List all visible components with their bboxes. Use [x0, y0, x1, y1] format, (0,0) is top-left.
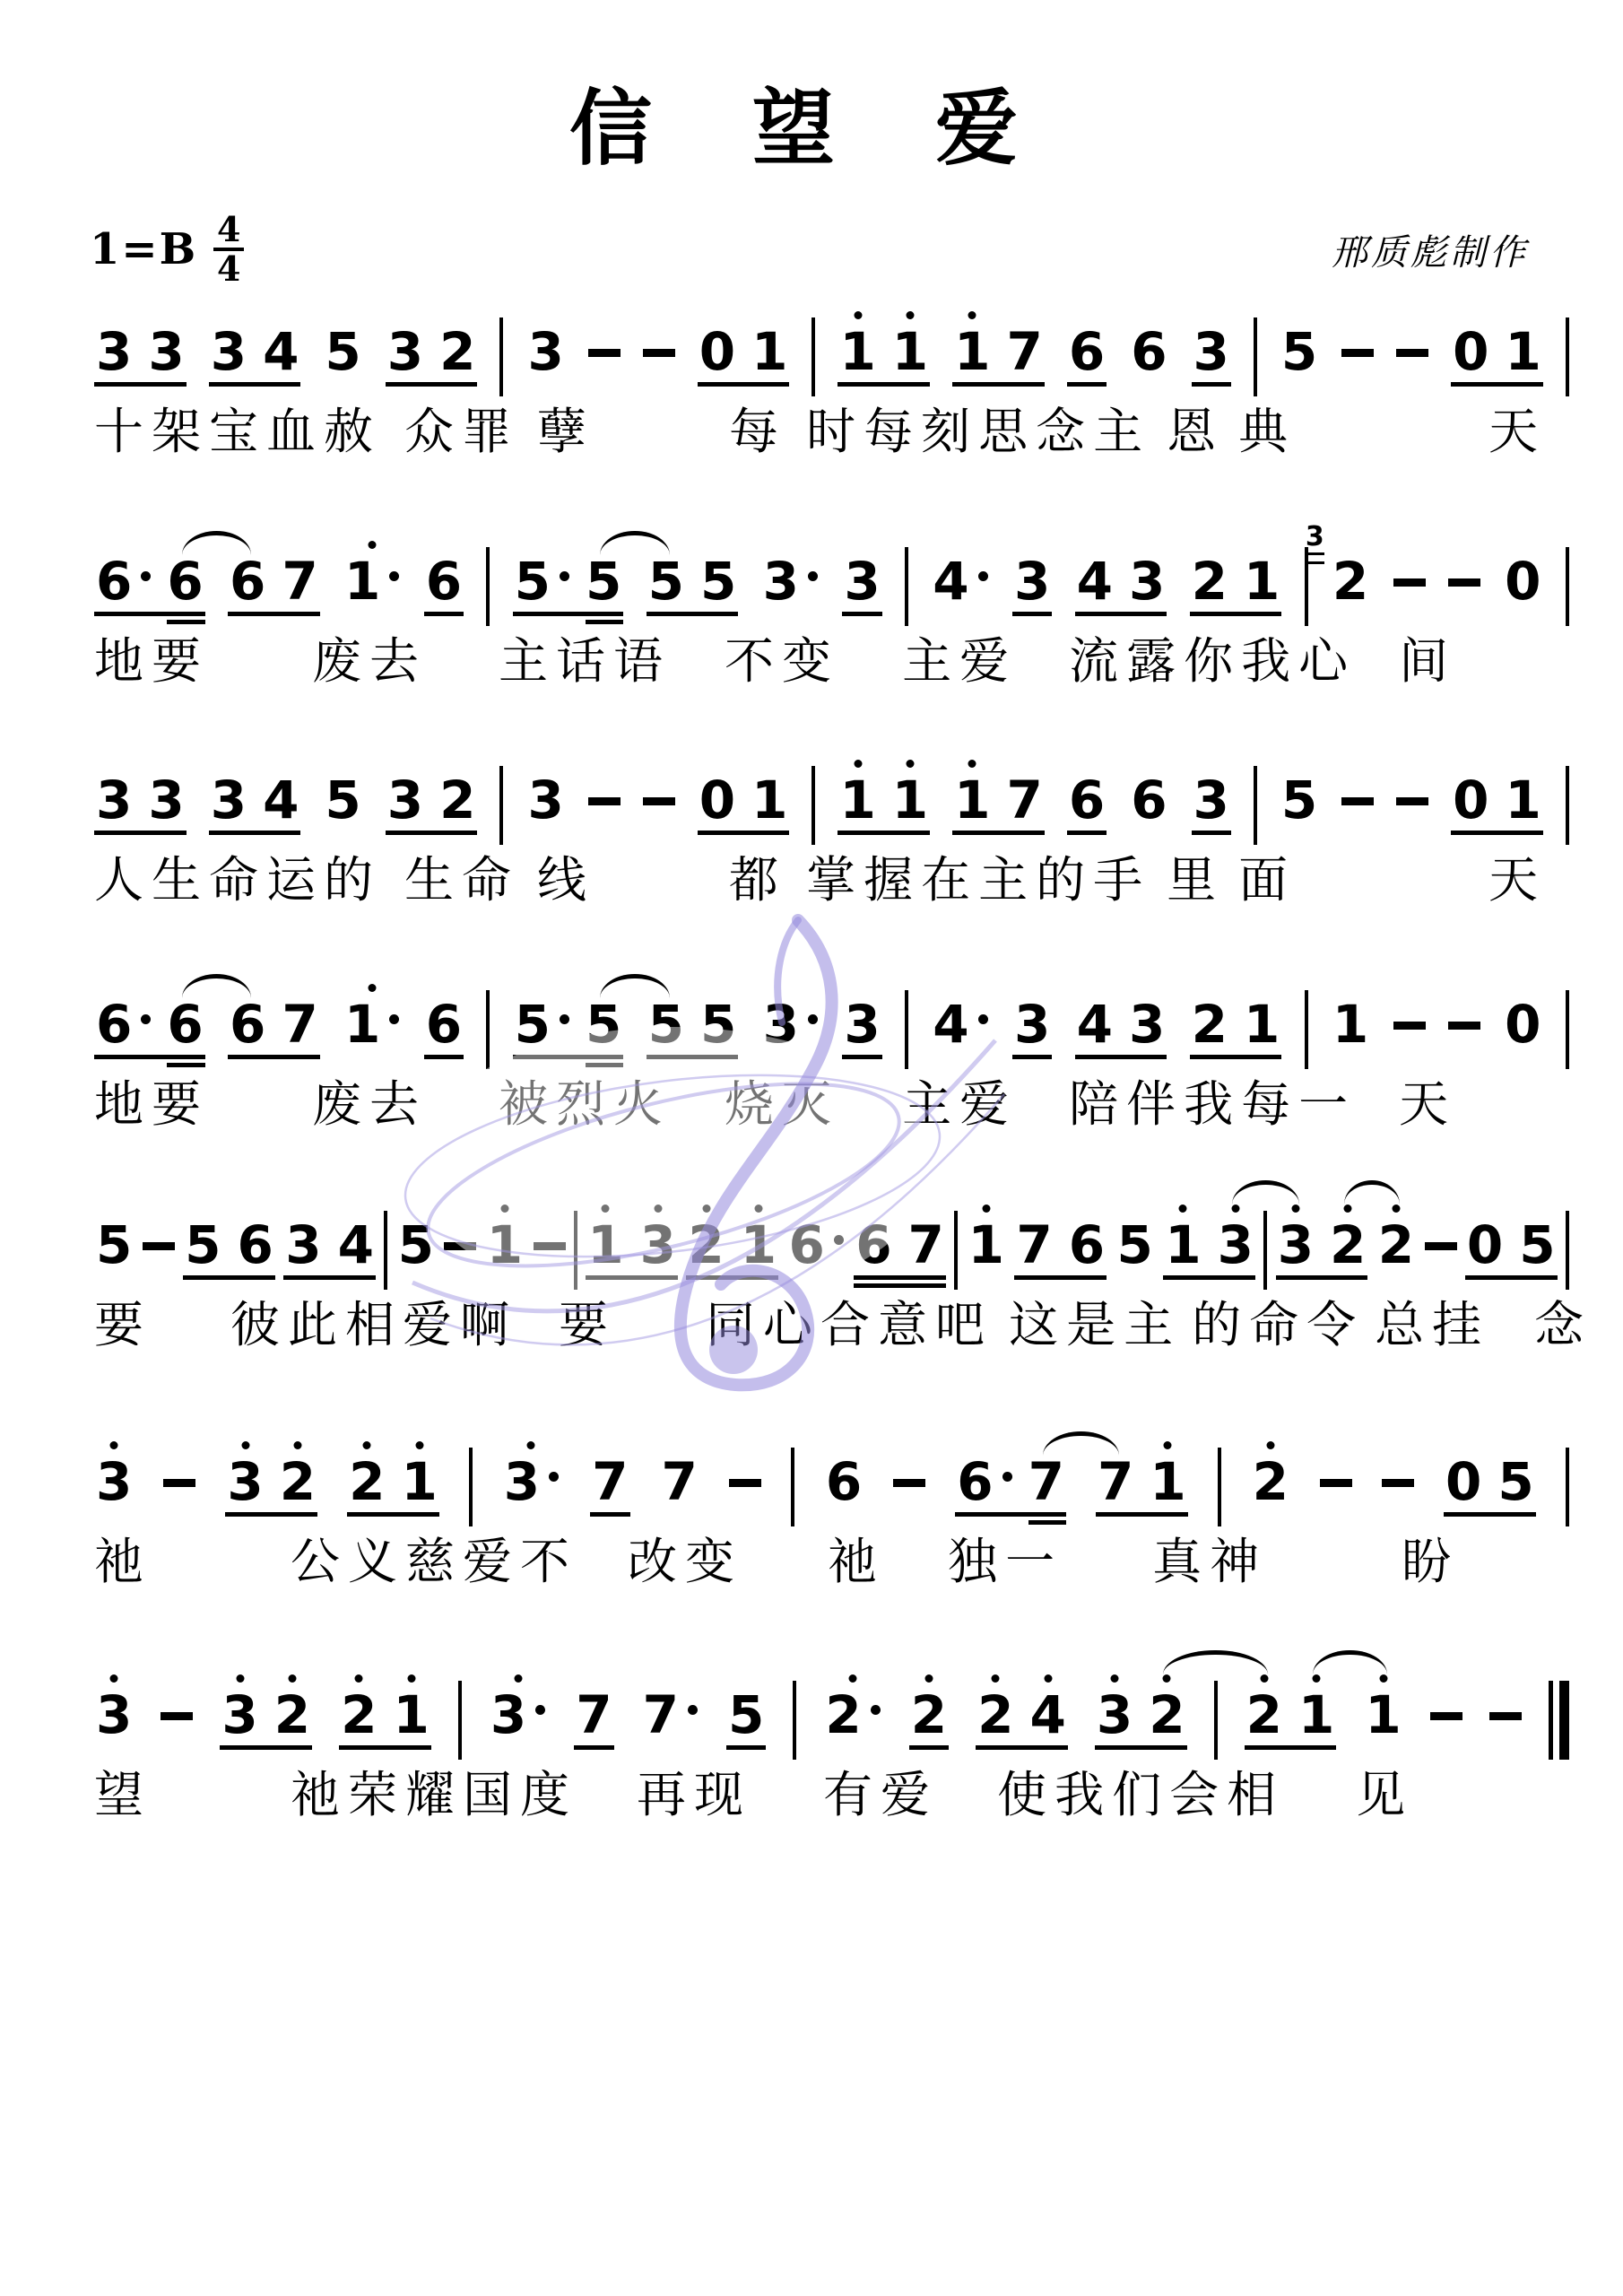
note: 3 [221, 1688, 257, 1742]
note: 2 [341, 1688, 377, 1742]
lyric-segment: 再现 [637, 1769, 751, 1821]
eighth-underline [842, 612, 881, 616]
beam-group: 01 [698, 325, 790, 378]
note-digit: 3 [1218, 1218, 1254, 1272]
eighth-underline [94, 612, 205, 616]
note: 5 [1519, 1218, 1555, 1272]
note: 1 [892, 325, 928, 378]
lyric-segment: 人生命运的 [94, 854, 381, 906]
beam-group: 55 [647, 997, 739, 1051]
note-digit: 5 [515, 997, 551, 1051]
beam-group: 2 [909, 1688, 949, 1742]
octave-dot [236, 1674, 244, 1683]
sixteenth-underline [586, 1063, 623, 1067]
note-digit: 5 [700, 997, 736, 1051]
lyric-segment: 祂 [94, 1535, 152, 1587]
note: 2 [274, 1688, 310, 1742]
eighth-underline [1192, 831, 1231, 835]
note-digit: 0 [1453, 773, 1488, 827]
note: 3 [1129, 554, 1165, 608]
lyric-segment: 同心合意吧 [706, 1299, 993, 1351]
beam-group: 3 [1012, 554, 1052, 608]
note: 32 [1332, 554, 1368, 608]
note-digit: 4 [338, 1218, 374, 1272]
octave-dot [1379, 1674, 1387, 1683]
note: 2 [1192, 997, 1228, 1051]
octave-dot [363, 1441, 371, 1449]
eighth-underline [838, 831, 930, 835]
lyric-segment: 主话语 [499, 635, 671, 687]
note-digit: 3 [1278, 1218, 1314, 1272]
beam-group: 6 [1129, 325, 1168, 378]
lyric-segment: 掌握在主的手 [806, 854, 1150, 906]
meter-denominator: 4 [217, 253, 240, 285]
octave-dot [968, 311, 976, 319]
note-digit: 5 [1116, 1218, 1152, 1272]
note-digit: 3 [227, 1455, 263, 1509]
note: 5 [515, 997, 569, 1051]
note-digit: 6 [1069, 1218, 1105, 1272]
augmentation-dot [688, 1705, 698, 1715]
note-digit: 2 [911, 1688, 947, 1742]
note: 5 [700, 554, 736, 608]
duration-dash [444, 1242, 476, 1250]
sixteenth-underline [586, 620, 623, 624]
eighth-underline [220, 1745, 312, 1750]
eighth-underline [94, 382, 187, 387]
beam-group: 43 [1075, 554, 1167, 608]
duration-dash [893, 1479, 925, 1487]
octave-dot [906, 311, 914, 319]
note: 6 [826, 1455, 862, 1509]
lyric-segment: 时每刻思念主 [806, 405, 1150, 457]
duration-dash [1382, 1479, 1414, 1487]
beam-group: 6 [824, 1455, 864, 1509]
sixteenth-underline [854, 1283, 946, 1288]
augmentation-dot [978, 1014, 988, 1024]
note-digit: 3 [1193, 773, 1229, 827]
lyric-segment: 独一 [948, 1535, 1063, 1587]
note: 7 [1028, 1455, 1064, 1509]
note: 5 [648, 554, 684, 608]
note: 3 [96, 325, 132, 378]
lyrics-line: 祂公义慈爱不改变祂独一真神盼 [94, 1535, 1569, 1587]
note-digit: 0 [1505, 554, 1541, 608]
eighth-underline [1096, 1512, 1188, 1517]
beam-group: 0 [1503, 997, 1542, 1051]
barline [905, 990, 908, 1069]
octave-dot [293, 1441, 301, 1449]
note: 2 [439, 773, 475, 827]
note-digit: 7 [1098, 1455, 1133, 1509]
note-digit: 3 [490, 1688, 526, 1742]
note: 6 [1131, 325, 1167, 378]
beam-group: 3 [94, 1455, 134, 1509]
beam-group: 32 [386, 325, 478, 378]
beam-group: 67 [854, 1218, 946, 1272]
beam-group: 21 [1190, 554, 1282, 608]
note-digit: 1 [954, 773, 990, 827]
beam-group: 1 [1331, 997, 1370, 1051]
beam-group: 01 [698, 773, 790, 827]
note: 3 [227, 1455, 263, 1509]
song-title: 信 望 爱 [0, 63, 1623, 181]
duration-dash [1320, 1479, 1352, 1487]
beam-group: 6 [424, 554, 464, 608]
note-digit: 3 [96, 1688, 132, 1742]
beam-group: 6 [1067, 773, 1107, 827]
music-system: 666716555533434321320 地要废去主话语不变主爱流露你我心间 [94, 554, 1569, 687]
eighth-underline [1067, 831, 1107, 835]
note: 2 [1246, 1688, 1282, 1742]
beam-group: 1 [967, 1218, 1006, 1272]
lyric-segment: 总挂 [1375, 1299, 1489, 1351]
note-digit: 2 [825, 1688, 861, 1742]
note-digit: 5 [1497, 1455, 1533, 1509]
note-digit: 3 [844, 554, 880, 608]
note: 6 [96, 997, 151, 1051]
note: 5 [700, 997, 736, 1051]
lyric-segment: 有爱 [823, 1769, 938, 1821]
note: 4 [1077, 554, 1113, 608]
beam-group: 11 [838, 773, 930, 827]
note-digit: 4 [263, 325, 299, 378]
note-digit: 1 [487, 1218, 523, 1272]
eighth-underline [386, 382, 478, 387]
note: 5 [1116, 1218, 1152, 1272]
duration-dash [1448, 1022, 1480, 1030]
eighth-underline [1245, 1745, 1337, 1750]
note-digit: 7 [1028, 1455, 1064, 1509]
duration-dash [1341, 797, 1374, 805]
eighth-underline [1465, 1275, 1558, 1280]
note: 1 [587, 1218, 623, 1272]
note: 2 [439, 325, 475, 378]
notation-line: 666716555533434321320 [94, 554, 1569, 608]
beam-group: 71 [1096, 1455, 1188, 1509]
beam-group: 56 [183, 1218, 275, 1272]
note-digit: 1 [1506, 325, 1541, 378]
lyric-segment: 面 [1238, 854, 1296, 906]
beam-group: 05 [1465, 1218, 1558, 1272]
lyric-segment: 线 [537, 854, 595, 906]
notation-line: 66671655553343432110 [94, 997, 1569, 1051]
tie-arc [182, 531, 252, 555]
eighth-underline [209, 382, 301, 387]
eighth-underline [842, 1055, 881, 1059]
lyric-segment: 这是主 [1009, 1299, 1181, 1351]
lyric-segment: 不变 [725, 635, 839, 687]
octave-dot [1044, 1674, 1052, 1683]
eighth-underline [94, 831, 187, 835]
beam-group: 21 [686, 1218, 778, 1272]
note-digit: 5 [648, 997, 684, 1051]
barline [486, 990, 490, 1069]
octave-dot [110, 1674, 118, 1683]
lyric-segment: 天 [1488, 854, 1546, 906]
lyric-segment: 天 [1488, 405, 1546, 457]
octave-dot [407, 1674, 415, 1683]
eighth-underline [513, 612, 624, 616]
note-digit: 5 [325, 773, 360, 827]
octave-dot [1231, 1205, 1239, 1213]
eighth-underline [647, 612, 739, 616]
lyric-segment: 废去 [312, 1078, 427, 1130]
octave-dot [1291, 1205, 1299, 1213]
note: 3 [1129, 997, 1165, 1051]
augmentation-dot [834, 1235, 844, 1245]
note-digit: 6 [957, 1455, 993, 1509]
note-digit: 6 [426, 997, 462, 1051]
lyric-segment: 里 [1167, 854, 1224, 906]
note-digit: 6 [230, 997, 265, 1051]
note-digit: 7 [643, 1688, 679, 1742]
barline [1263, 1211, 1267, 1290]
note-digit: 6 [1131, 773, 1167, 827]
note-digit: 1 [1244, 554, 1280, 608]
note: 4 [1030, 1688, 1066, 1742]
note: 1 [751, 325, 787, 378]
beam-group: 6 [1129, 773, 1168, 827]
note-digit: 2 [688, 1218, 724, 1272]
note-digit: 2 [439, 773, 475, 827]
beam-group: 01 [1451, 773, 1543, 827]
note: 3 [490, 1688, 545, 1742]
note: 5 [1281, 325, 1317, 378]
lyric-segment: 典 [1238, 405, 1296, 457]
barline [1566, 1211, 1569, 1290]
note-digit: 5 [648, 554, 684, 608]
note-digit: 3 [1129, 554, 1165, 608]
beam-group: 67 [228, 997, 320, 1051]
beam-group: 3 [525, 773, 565, 827]
lyric-segment: 被烈火 [499, 1078, 671, 1130]
beam-group: 21 [1190, 997, 1282, 1051]
octave-dot [288, 1674, 296, 1683]
eighth-underline [1190, 612, 1282, 616]
beam-group: 24 [976, 1688, 1068, 1742]
note-digit: 6 [167, 554, 203, 608]
eighth-underline [586, 1275, 678, 1280]
note-digit: 6 [1069, 773, 1105, 827]
tie-arc [1163, 1650, 1267, 1674]
lyric-segment: 地要 [94, 635, 209, 687]
note-digit: 3 [285, 1218, 321, 1272]
lyrics-line: 地要废去主话语不变主爱流露你我心间 [94, 635, 1569, 687]
note-digit: 7 [1007, 773, 1043, 827]
beam-group: 32 [220, 1688, 312, 1742]
beam-group: 33 [94, 325, 187, 378]
note-digit: 5 [586, 554, 621, 608]
notation-line: 33345323011117663501 [94, 325, 1569, 378]
music-system: 33345323011117663501 十架宝血赦众罪孽每时每刻思念主恩典天 [94, 325, 1569, 457]
note: 5 [586, 997, 621, 1051]
note-digit: 2 [1192, 554, 1228, 608]
note-digit: 1 [892, 325, 928, 378]
note: 3 [1014, 554, 1050, 608]
note-digit: 7 [592, 1455, 628, 1509]
octave-dot [110, 1441, 118, 1449]
augmentation-dot [978, 571, 988, 581]
time-signature: 4 4 [213, 213, 244, 285]
note: 3 [640, 1218, 676, 1272]
eighth-underline [1014, 1275, 1107, 1280]
note-digit: 2 [1332, 554, 1368, 608]
note: 5 [515, 554, 569, 608]
eighth-underline [225, 1512, 317, 1517]
note: 6 [167, 997, 203, 1051]
note-digit: 6 [855, 1218, 891, 1272]
note-digit: 1 [1506, 773, 1541, 827]
note: 2 [1149, 1688, 1185, 1742]
beam-group: 4 [931, 997, 989, 1051]
beam-group: 55 [647, 554, 739, 608]
eighth-underline [1012, 612, 1052, 616]
final-barline-thin [1549, 1681, 1553, 1760]
beam-group: 3 [1192, 325, 1231, 378]
note-digit: 3 [96, 325, 132, 378]
note-digit: 1 [1244, 997, 1280, 1051]
note: 1 [401, 1455, 437, 1509]
note: 1 [1506, 325, 1541, 378]
eighth-underline [647, 1055, 739, 1059]
note: 3 [96, 1688, 132, 1742]
octave-dot [1111, 1674, 1119, 1683]
eighth-underline [339, 1745, 431, 1750]
note: 0 [699, 325, 735, 378]
beam-group: 32 [1276, 1218, 1368, 1272]
lyric-segment: 陪伴我每一 [1069, 1078, 1356, 1130]
augmentation-dot [1002, 1472, 1012, 1482]
lyric-segment: 天 [1399, 1078, 1456, 1130]
note: 0 [699, 773, 735, 827]
barline [1254, 766, 1257, 845]
octave-dot [1266, 1441, 1274, 1449]
barline [1254, 317, 1257, 396]
duration-dash [534, 1242, 566, 1250]
note-digit: 1 [751, 325, 787, 378]
note-digit: 3 [1014, 554, 1050, 608]
lyric-segment: 的命令 [1192, 1299, 1364, 1351]
octave-dot [854, 311, 862, 319]
beam-group: 32 [386, 773, 478, 827]
note: 7 [576, 1688, 612, 1742]
note-digit: 3 [527, 325, 563, 378]
beam-group: 3 [842, 997, 881, 1051]
octave-dot [514, 1674, 522, 1683]
note-digit: 3 [387, 773, 423, 827]
note-digit: 4 [1077, 997, 1113, 1051]
note: 5 [325, 773, 360, 827]
note: 7 [592, 1455, 628, 1509]
beam-group: 3 [761, 997, 820, 1051]
note-digit: 3 [1193, 325, 1229, 378]
duration-dash [161, 1712, 193, 1720]
beam-group: 1 [1363, 1688, 1402, 1742]
barline [1566, 317, 1569, 396]
duration-dash [643, 349, 675, 357]
note: 7 [1007, 325, 1043, 378]
lyric-segment: 真神 [1152, 1535, 1267, 1587]
note-digit: 3 [211, 773, 247, 827]
barline [1305, 990, 1308, 1069]
beam-group: 5 [1280, 773, 1319, 827]
eighth-underline [209, 831, 301, 835]
lyric-segment: 祂荣耀国度 [291, 1769, 577, 1821]
note-digit: 5 [1281, 325, 1317, 378]
eighth-underline [590, 1512, 629, 1517]
note: 1 [839, 773, 875, 827]
note: 0 [1505, 997, 1541, 1051]
note: 6 [1069, 325, 1105, 378]
barline [458, 1681, 462, 1760]
note-digit: 6 [167, 997, 203, 1051]
music-system: 5563451132166717651332205 要彼此相爱啊要同心合意吧这是… [94, 1218, 1569, 1351]
note-digit: 2 [1192, 997, 1228, 1051]
barline [486, 547, 490, 626]
barline [1566, 1448, 1569, 1526]
lyric-segment: 望 [94, 1769, 152, 1821]
note-digit: 0 [1505, 997, 1541, 1051]
note: 6 [426, 997, 462, 1051]
notation-line: 3322137766771205 [94, 1455, 1569, 1509]
beam-group: 5 [1115, 1218, 1154, 1272]
eighth-underline [574, 1745, 613, 1750]
note-digit: 5 [586, 997, 621, 1051]
beam-group: 3 [842, 554, 881, 608]
beam-group: 5 [323, 325, 362, 378]
lyric-segment: 孽 [537, 405, 595, 457]
sixteenth-underline [167, 620, 204, 624]
lyric-segment: 盼 [1402, 1535, 1459, 1587]
beam-group: 21 [347, 1455, 439, 1509]
note: 6 [1131, 773, 1167, 827]
note: 5 [96, 1218, 132, 1272]
note-digit: 5 [515, 554, 551, 608]
note-digit: 2 [439, 325, 475, 378]
octave-dot [1344, 1205, 1352, 1213]
note-digit: 6 [788, 1218, 824, 1272]
note-digit: 0 [699, 773, 735, 827]
augmentation-dot [389, 571, 399, 581]
beam-group: 5 [94, 1218, 134, 1272]
key-signature: 1=B 4 4 [90, 213, 244, 285]
eighth-underline [1095, 1745, 1187, 1750]
eighth-underline [698, 382, 790, 387]
note: 3 [387, 773, 423, 827]
beam-group: 2 [823, 1688, 881, 1742]
note: 1 [968, 1218, 1004, 1272]
note-digit: 3 [1014, 997, 1050, 1051]
note: 3 [96, 773, 132, 827]
beam-group: 17 [952, 325, 1045, 378]
note-digit: 1 [751, 773, 787, 827]
note: 2 [1253, 1455, 1289, 1509]
sixteenth-underline [1028, 1520, 1066, 1525]
octave-dot [754, 1205, 762, 1213]
eighth-underline [94, 1055, 205, 1059]
duration-dash [1448, 578, 1480, 587]
note: 3 [96, 1455, 132, 1509]
note-digit: 4 [1030, 1688, 1066, 1742]
note: 3 [527, 773, 563, 827]
beam-group: 6 [424, 997, 464, 1051]
eighth-underline [228, 612, 320, 616]
note: 2 [688, 1218, 724, 1272]
lyric-segment: 要 [559, 1299, 616, 1351]
note: 3 [504, 1455, 559, 1509]
eighth-underline [1192, 382, 1231, 387]
